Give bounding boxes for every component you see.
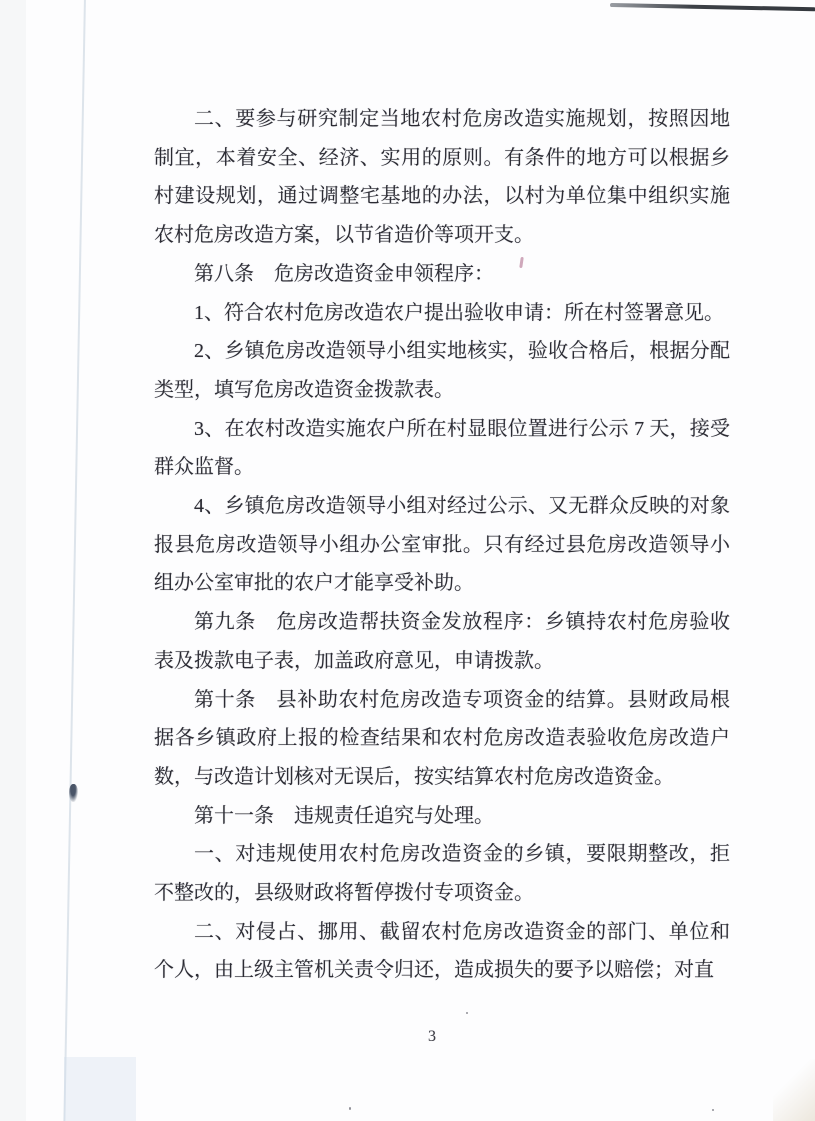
paper-left-edge-line <box>63 0 85 1121</box>
scan-speck <box>466 1012 468 1014</box>
scan-speck <box>349 1107 351 1110</box>
scan-speck <box>712 1109 714 1111</box>
article-8-step-1: 1、符合农村危房改造农户提出验收申请：所在村签署意见。 <box>154 294 730 333</box>
ink-smudge <box>69 784 78 802</box>
article-8-step-3: 3、在农村改造实施农户所在村显眼位置进行公示 7 天，接受群众监督。 <box>154 410 730 487</box>
article-8-heading: 第八条 危房改造资金申领程序： <box>154 255 730 294</box>
scan-bottom-right-smudge <box>773 1059 815 1121</box>
scan-left-margin-tint <box>0 0 26 1121</box>
article-10-paragraph: 第十条 县补助农村危房改造专项资金的结算。县财政局根据各乡镇政府上报的检查结果和… <box>154 681 730 797</box>
article-11-heading: 第十一条 违规责任追究与处理。 <box>154 797 730 836</box>
scan-bottom-left-tint <box>64 1057 136 1121</box>
article-11-item-2: 二、对侵占、挪用、截留农村危房改造资金的部门、单位和个人，由上级主管机关责令归还… <box>154 913 730 990</box>
article-9-paragraph: 第九条 危房改造帮扶资金发放程序：乡镇持农村危房验收表及拨款电子表，加盖政府意见… <box>154 603 730 680</box>
article-8-step-4: 4、乡镇危房改造领导小组对经过公示、又无群众反映的对象报县危房改造领导小组办公室… <box>154 487 730 603</box>
scan-top-right-edge <box>610 3 815 11</box>
article-11-item-1: 一、对违规使用农村危房改造资金的乡镇，要限期整改，拒不整改的，县级财政将暂停拨付… <box>154 835 730 912</box>
document-body: 二、要参与研究制定当地农村危房改造实施规划，按照因地制宜，本着安全、经济、实用的… <box>154 100 730 990</box>
article-8-step-2: 2、乡镇危房改造领导小组实地核实，验收合格后，根据分配类型，填写危房改造资金拨款… <box>154 332 730 409</box>
page-number: 3 <box>428 1028 436 1046</box>
paragraph-regulation-item-2: 二、要参与研究制定当地农村危房改造实施规划，按照因地制宜，本着安全、经济、实用的… <box>154 100 730 255</box>
